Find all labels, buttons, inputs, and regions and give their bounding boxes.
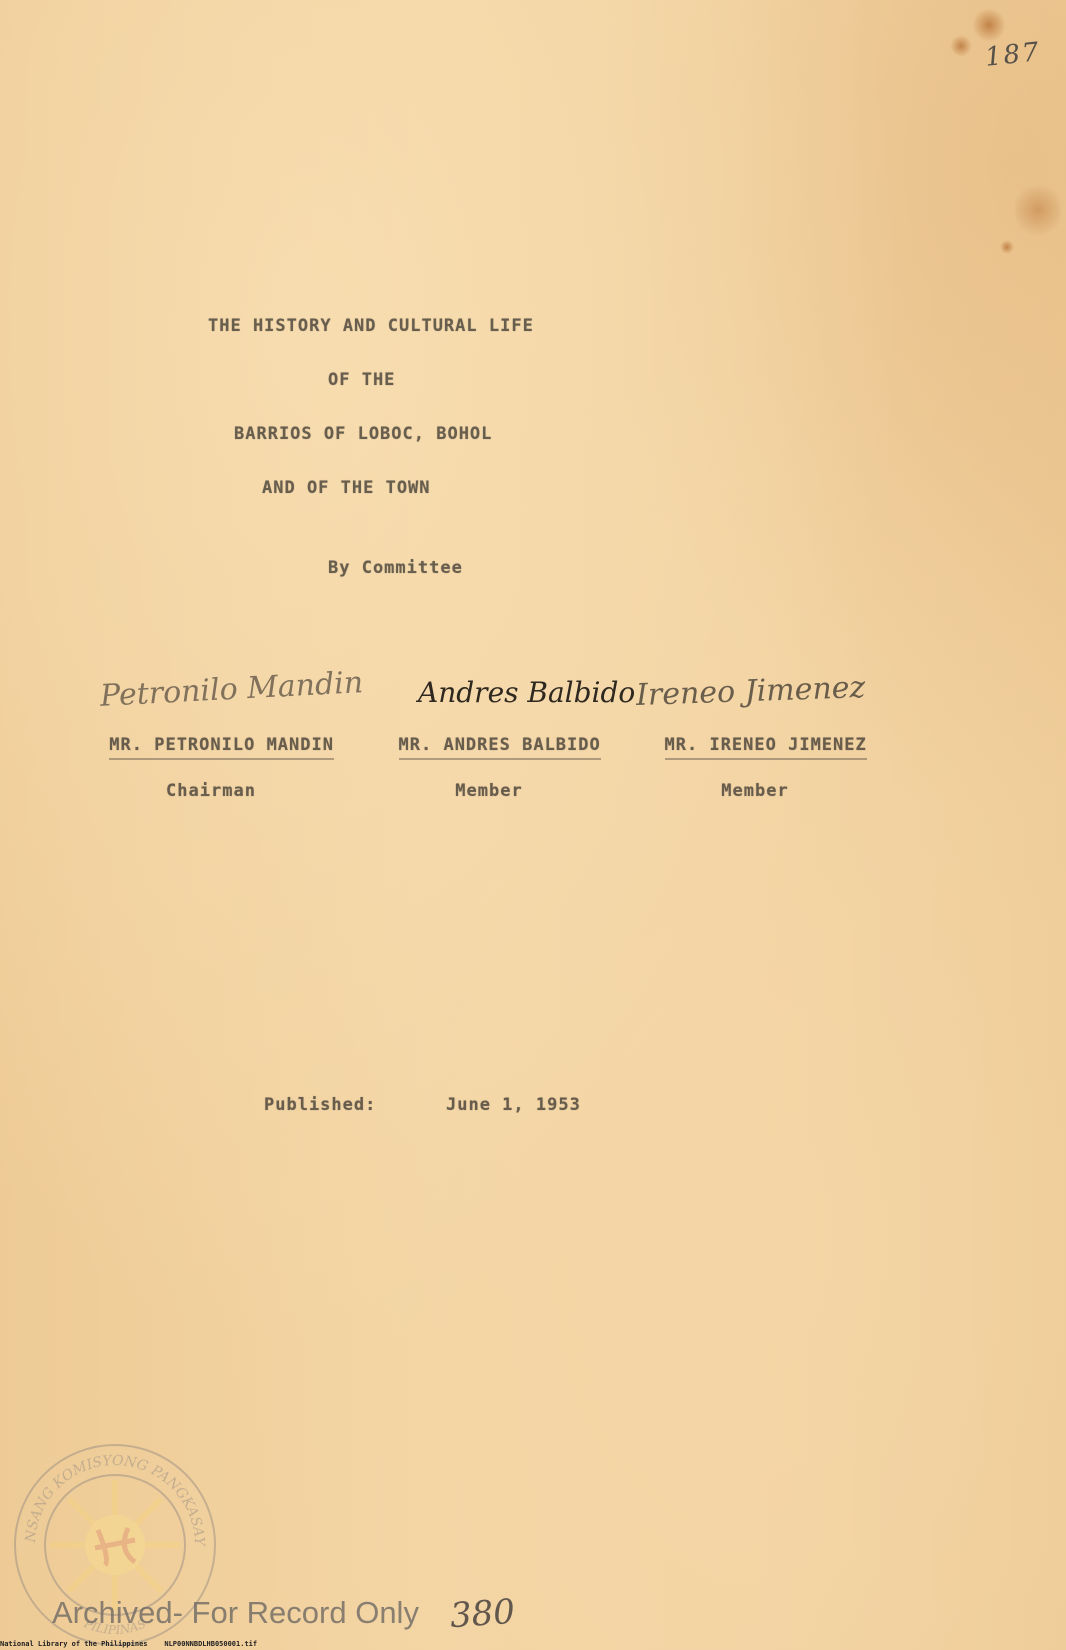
signature-chairman: Petronilo Mandin — [99, 665, 364, 714]
signature-member-1: Andres Balbido — [418, 676, 635, 709]
paper-stain — [1015, 180, 1061, 240]
committee-member-2: MR. IRENEO JIMENEZ Member — [632, 716, 878, 820]
member-name: MR. ANDRES BALBIDO — [399, 735, 601, 760]
member-role: Member — [632, 781, 878, 801]
footer-filename: NLP00NNBDLHB050001.tif — [164, 1640, 257, 1648]
published-label: Published: — [264, 1095, 376, 1115]
paper-stain — [972, 8, 1006, 42]
signature-member-2: Ireneo Jimenez — [635, 670, 865, 713]
archive-watermark: Archived- For Record Only — [52, 1595, 419, 1631]
title-line-4: AND OF THE TOWN — [262, 478, 431, 498]
scan-footer: National Library of the Philippines NLP0… — [0, 1640, 257, 1648]
paper-stain — [1000, 240, 1014, 254]
committee-member-1: MR. ANDRES BALBIDO Member — [366, 716, 612, 820]
committee-member-chairman: MR. PETRONILO MANDIN Chairman — [76, 716, 346, 820]
title-line-3: BARRIOS OF LOBOC, BOHOL — [234, 424, 492, 444]
title-line-2: OF THE — [328, 370, 395, 390]
handwritten-page-number: 187 — [984, 37, 1042, 73]
member-role: Chairman — [76, 781, 346, 801]
title-line-1: THE HISTORY AND CULTURAL LIFE — [208, 316, 534, 336]
member-name: MR. IRENEO JIMENEZ — [665, 735, 867, 760]
paper-stain — [950, 35, 972, 57]
published-date: June 1, 1953 — [446, 1095, 581, 1115]
member-name: MR. PETRONILO MANDIN — [109, 735, 334, 760]
footer-institution: National Library of the Philippines — [0, 1640, 148, 1648]
handwritten-archive-number: 380 — [449, 1592, 517, 1636]
byline: By Committee — [328, 558, 463, 578]
member-role: Member — [366, 781, 612, 801]
